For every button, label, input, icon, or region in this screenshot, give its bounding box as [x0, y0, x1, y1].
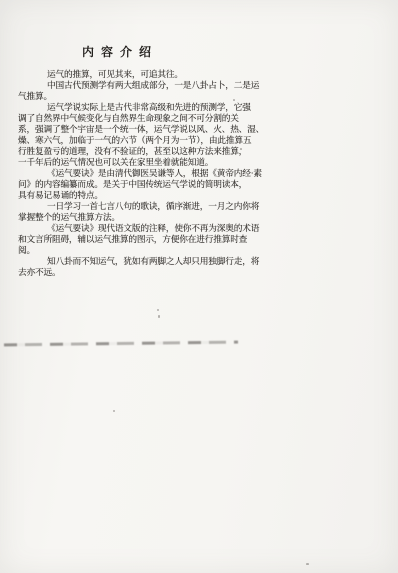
text-line: 运气的推算，可见其来，可追其往。: [18, 69, 250, 80]
ink-speck: [157, 309, 159, 311]
ink-speck: [306, 563, 309, 565]
ink-speck: [113, 410, 115, 412]
ink-speck: [240, 148, 242, 150]
text-line: 掌握整个的运气推算方法。: [18, 212, 250, 223]
text-block: 运气的推算，可见其来，可追其往。中国古代预测学有两大组成部分，一是八卦占卜，二是…: [18, 69, 250, 278]
text-line: 一千年后的运气情况也可以关在家里坐着就能知道。: [18, 157, 250, 168]
text-line: 一日学习一首七言八句的歌诀，循序渐进，一月之内你将: [18, 201, 250, 212]
text-line: 运气学说实际上是古代非常高级和先进的预测学，它强: [18, 102, 250, 113]
text-line: 具有易记易诵的特点。: [18, 190, 250, 201]
text-line: 系，强调了整个宇宙是一个统一体，运气学说以风、火、热、湿、: [18, 124, 250, 135]
page-title: 内容介绍: [82, 43, 158, 60]
text-line: 《运气要诀》是由清代御医吴谦等人，根据《黄帝内经·素: [18, 168, 250, 179]
ink-speck: [158, 315, 160, 318]
text-line: 问》的内容编纂而成。是关于中国传统运气学说的简明读本，: [18, 179, 250, 190]
text-line: 中国古代预测学有两大组成部分，一是八卦占卜，二是运: [18, 80, 250, 91]
scanned-page: 内容介绍 运气的推算，可见其来，可追其往。中国古代预测学有两大组成部分，一是八卦…: [0, 0, 398, 573]
text-line: 去亦不远。: [18, 267, 250, 278]
text-line: 《运气要诀》现代语文版的注释，使你不再为深奥的术语: [18, 223, 250, 234]
text-line: 气推算。: [18, 91, 250, 102]
text-line: 和文言所阻碍，辅以运气推算的图示，方便你在进行推算时查: [18, 234, 250, 245]
ink-speck: [233, 99, 235, 101]
text-line: 知八卦而不知运气，犹如有两脚之人却只用独脚行走，将: [18, 256, 250, 267]
text-line: 行胜复盈亏的道理，没有不验证的，甚至以这种方法来推算，: [18, 146, 250, 157]
text-line: 调了自然界中气候变化与自然界生命现象之间不可分割的关: [18, 113, 250, 124]
scan-artifact-streak: [4, 341, 238, 347]
text-line: 阅。: [18, 245, 250, 256]
text-line: 燥、寒六气，加临于一气的六节（两个月为一节），由此推算五: [18, 135, 250, 146]
